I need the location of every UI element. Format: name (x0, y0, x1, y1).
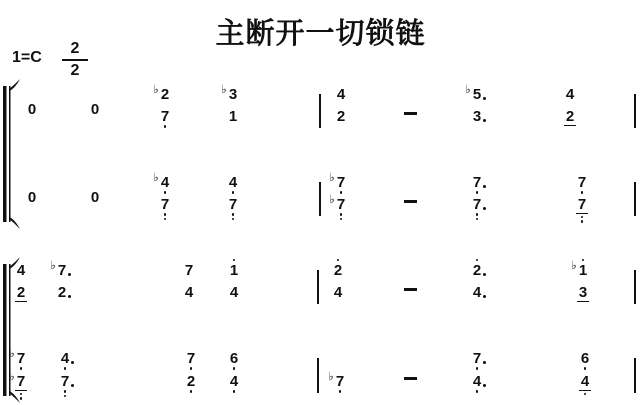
octave-dot-low (339, 390, 342, 393)
time-signature-numerator: 2 (62, 40, 88, 58)
octave-dot-low (581, 216, 584, 219)
flat-sign: ♭ (152, 172, 160, 183)
note-digit: 7 (472, 352, 482, 366)
octave-dot-low (164, 213, 167, 216)
barline (317, 358, 319, 393)
octave-dot-low (581, 191, 584, 194)
flat-sign: ♭ (464, 84, 472, 95)
octave-dot-low (476, 367, 479, 370)
barline (634, 358, 636, 393)
octave-dot-low (584, 393, 587, 396)
note-digit: 2 (333, 264, 343, 278)
octave-dot-low (164, 218, 167, 221)
note-digit: 5♭ (472, 88, 482, 102)
augmentation-dot (71, 361, 74, 364)
note-digit: 7 (160, 110, 170, 124)
augmentation-dot (68, 295, 71, 298)
octave-dot-low (476, 218, 479, 221)
time-signature-denominator: 2 (62, 62, 88, 80)
note-digit: 4 (472, 375, 482, 389)
note-digit: 7♭ (16, 352, 26, 366)
note-digit: 3♭ (228, 88, 238, 102)
note-digit: 6 (580, 352, 590, 366)
octave-dot-high (233, 259, 236, 262)
note-digit: 4 (229, 375, 239, 389)
underline-beam (15, 301, 27, 303)
time-signature: 2 2 (62, 40, 88, 80)
octave-dot-low (64, 367, 67, 370)
note-digit: 1 (229, 264, 239, 278)
note-digit: 7 (60, 375, 70, 389)
note-digit: 2 (472, 264, 482, 278)
barline (319, 94, 321, 128)
note-digit: 1 (228, 110, 238, 124)
octave-dot-low (190, 390, 193, 393)
barline (634, 182, 636, 216)
note-digit: 3 (578, 286, 588, 300)
note-digit: 4 (580, 375, 590, 389)
augmentation-dot (483, 119, 486, 122)
flat-sign: ♭ (327, 371, 335, 382)
octave-dot-low (340, 191, 343, 194)
note-digit: 4 (184, 286, 194, 300)
note-digit: 7♭ (57, 264, 67, 278)
octave-dot-low (476, 213, 479, 216)
note-digit: 4 (60, 352, 70, 366)
dash-note (404, 377, 417, 380)
augmentation-dot (68, 273, 71, 276)
note-digit: 2 (186, 375, 196, 389)
octave-dot-low (233, 390, 236, 393)
note-digit: 4 (333, 286, 343, 300)
flat-sign: ♭ (8, 371, 16, 382)
augmentation-dot (483, 295, 486, 298)
augmentation-dot (483, 207, 486, 210)
octave-dot-low (164, 125, 167, 128)
flat-sign: ♭ (328, 194, 336, 205)
flat-sign: ♭ (49, 260, 57, 271)
rest-note: 0 (90, 191, 100, 205)
note-digit: 7 (577, 198, 587, 212)
note-digit: 4 (229, 286, 239, 300)
octave-dot-low (64, 390, 67, 393)
note-digit: 4 (16, 264, 26, 278)
note-digit: 7 (186, 352, 196, 366)
note-digit: 7 (184, 264, 194, 278)
underline-beam (577, 301, 589, 303)
key-signature: 1=C (12, 49, 42, 67)
time-signature-line (62, 59, 88, 61)
octave-dot-low (476, 191, 479, 194)
underline-beam (579, 390, 591, 392)
octave-dot-low (340, 218, 343, 221)
barline (317, 270, 319, 304)
note-digit: 7♭ (16, 375, 26, 389)
octave-dot-low (584, 367, 587, 370)
octave-dot-high (337, 259, 340, 262)
augmentation-dot (71, 384, 74, 387)
note-digit: 4 (336, 88, 346, 102)
octave-dot-low (164, 191, 167, 194)
rest-note: 0 (27, 191, 37, 205)
octave-dot-low (233, 367, 236, 370)
note-digit: 4 (565, 88, 575, 102)
note-digit: 1♭ (578, 264, 588, 278)
octave-dot-low (232, 218, 235, 221)
underline-beam (15, 390, 27, 392)
octave-dot-low (190, 367, 193, 370)
octave-dot-low (232, 191, 235, 194)
flat-sign: ♭ (220, 84, 228, 95)
augmentation-dot (483, 361, 486, 364)
note-digit: 6 (229, 352, 239, 366)
flat-sign: ♭ (8, 348, 16, 359)
note-digit: 2 (336, 110, 346, 124)
rest-note: 0 (27, 103, 37, 117)
note-digit: 7♭ (336, 198, 346, 212)
note-digit: 7 (472, 176, 482, 190)
dash-note (404, 200, 417, 203)
note-digit: 2 (57, 286, 67, 300)
dash-note (404, 288, 417, 291)
rest-note: 0 (90, 103, 100, 117)
augmentation-dot (483, 273, 486, 276)
note-digit: 3 (472, 110, 482, 124)
dash-note (404, 112, 417, 115)
note-digit: 7♭ (336, 176, 346, 190)
song-title: 主断开一切锁链 (0, 11, 641, 52)
note-digit: 4 (228, 176, 238, 190)
note-digit: 4 (472, 286, 482, 300)
note-digit: 2 (16, 286, 26, 300)
note-digit: 4♭ (160, 176, 170, 190)
flat-sign: ♭ (152, 84, 160, 95)
flat-sign: ♭ (570, 260, 578, 271)
note-digit: 2♭ (160, 88, 170, 102)
octave-dot-low (476, 390, 479, 393)
octave-dot-high (582, 259, 585, 262)
underline-beam (564, 125, 576, 127)
octave-dot-low (340, 213, 343, 216)
octave-dot-high (476, 259, 479, 262)
barline (634, 270, 636, 304)
augmentation-dot (483, 384, 486, 387)
note-digit: 7 (472, 198, 482, 212)
octave-dot-low (581, 220, 584, 223)
augmentation-dot (483, 97, 486, 100)
note-digit: 7 (577, 176, 587, 190)
sheet: 主断开一切锁链 1=C 2 2 002♭73♭1425♭342004♭7477♭… (0, 0, 641, 405)
augmentation-dot (483, 185, 486, 188)
barline (319, 182, 321, 216)
note-digit: 7 (228, 198, 238, 212)
system-bracket (2, 79, 22, 234)
octave-dot-low (232, 213, 235, 216)
barline (634, 94, 636, 128)
underline-beam (576, 213, 588, 215)
flat-sign: ♭ (328, 172, 336, 183)
octave-dot-low (64, 395, 67, 398)
note-digit: 2 (565, 110, 575, 124)
note-digit: 7♭ (335, 375, 345, 389)
note-digit: 7 (160, 198, 170, 212)
